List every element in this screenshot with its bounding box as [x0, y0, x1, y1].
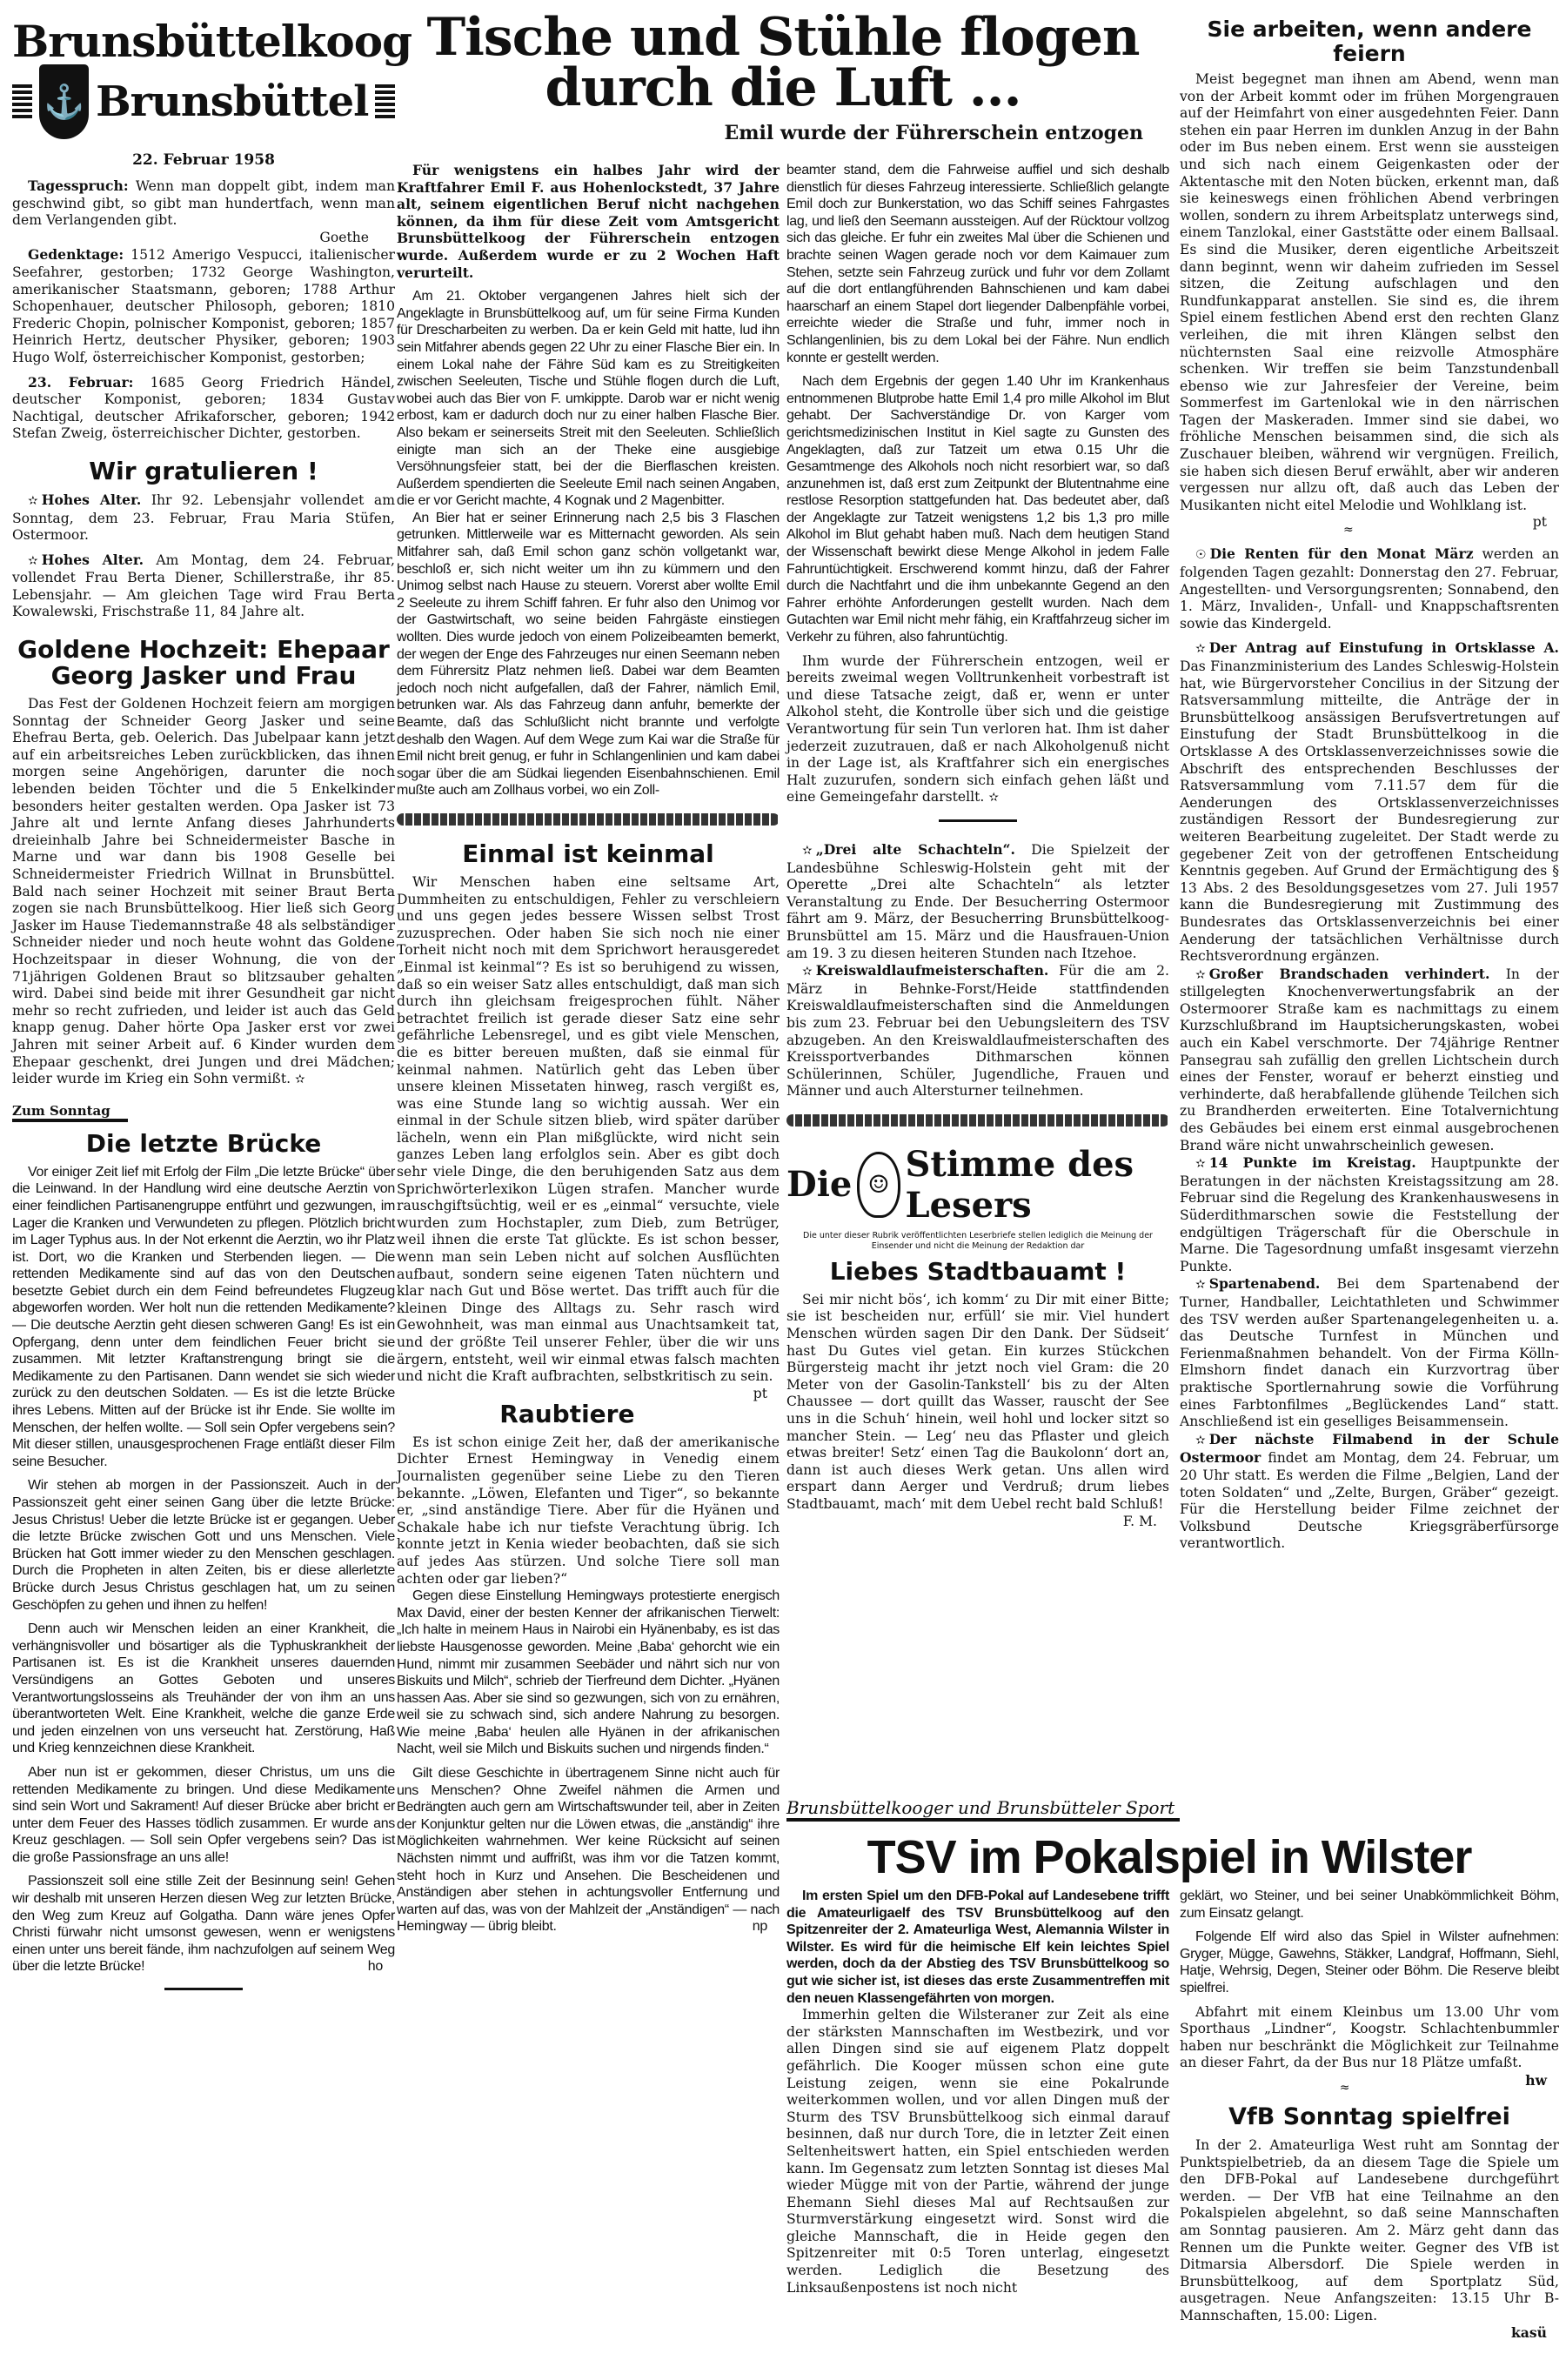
main-story-header: Tische und Stühle flogen durch die Luft …	[397, 12, 1169, 155]
notice-kreiswaldlauf: ✫Kreiswaldlaufmeisterschaften. Für die a…	[786, 962, 1169, 1100]
ornament-icon: ≈	[1180, 2081, 1559, 2095]
star-icon: ✫	[28, 554, 38, 568]
masthead: Brunsbüttelkoog ⚓ Brunsbüttel	[12, 19, 395, 139]
readers-title-left: Die	[786, 1164, 852, 1205]
sport-column-right: geklärt, wo Steiner, und bei seiner Unab…	[1180, 1888, 1559, 2342]
einmal-text: Wir Menschen haben eine seltsame Art, Du…	[397, 874, 780, 1386]
column-local-news: Sie arbeiten, wenn andere feiern Meist b…	[1180, 17, 1559, 1553]
sport-p1: Immerhin gelten die Wilsteraner zur Zeit…	[786, 2007, 1169, 2296]
sport-column-left: Im ersten Spiel um den DFB-Pokal auf Lan…	[786, 1888, 1169, 2296]
musicians-headline: Sie arbeiten, wenn andere feiern	[1180, 17, 1559, 66]
notice-brandschaden: ✫Großer Brandschaden verhindert. In der …	[1180, 966, 1559, 1155]
main-story-p2: An Bier hat er seiner Erinnerung nach 2,…	[397, 510, 780, 799]
column-local-calendar: Brunsbüttelkoog ⚓ Brunsbüttel 22. Februa…	[12, 0, 395, 2002]
sport-headline: TSV im Pokalspiel in Wilster	[786, 1830, 1552, 1884]
readers-disclaimer: Die unter dieser Rubrik veröffentlichten…	[786, 1231, 1169, 1252]
gedenktage: Gedenktage: 1512 Amerigo Vespucci, itali…	[12, 246, 395, 366]
anchor-crest-icon: ⚓	[39, 64, 89, 139]
sport-p4: Abfahrt mit einem Kleinbus um 13.00 Uhr …	[1180, 2004, 1559, 2072]
sport-p3: Folgende Elf wird also das Spiel in Wils…	[1180, 1929, 1559, 1996]
divider	[939, 819, 1017, 822]
letzte-bruecke-p5: Passionszeit soll eine stille Zeit der B…	[12, 1873, 395, 1976]
birthday-item-2: ✫Hohes Alter. Am Montag, dem 24. Februar…	[12, 552, 395, 621]
divider	[164, 1988, 243, 1990]
wave-ornament-divider	[786, 1114, 1169, 1126]
coin-icon: ☉	[1195, 548, 1207, 562]
sport-p2: geklärt, wo Steiner, und bei seiner Unab…	[1180, 1888, 1559, 1922]
letzte-bruecke-p2: Wir stehen ab morgen in der Passionszeit…	[12, 1477, 395, 1614]
raubtiere-p1: Es ist schon einige Zeit her, daß der am…	[397, 1434, 780, 1588]
raubtiere-p2: Gegen diese Einstellung Hemingways prote…	[397, 1588, 780, 1758]
golden-wedding-text: Das Fest der Goldenen Hochzeit feiern am…	[12, 696, 395, 1089]
notice-drei-alte-schachteln: ✫„Drei alte Schachteln“. Die Spielzeit d…	[786, 841, 1169, 962]
notice-kreistag: ✫14 Punkte im Kreistag. Hauptpunkte der …	[1180, 1154, 1559, 1275]
birthday-item-1: ✫Hohes Alter. Ihr 92. Lebensjahr vollend…	[12, 491, 395, 545]
masthead-line2: ⚓ Brunsbüttel	[12, 64, 395, 139]
letter-headline: Liebes Stadtbauamt !	[786, 1259, 1169, 1285]
ribbon-left-icon	[12, 84, 32, 119]
notice-ortsklasse: ✫Der Antrag auf Einstufung in Ortsklasse…	[1180, 639, 1559, 965]
tagesspruch-author: Goethe	[12, 230, 369, 247]
main-story-p3: beamter stand, dem die Fahrweise auffiel…	[786, 162, 1169, 366]
letzte-bruecke-p1: Vor einiger Zeit lief mit Erfolg der Fil…	[12, 1164, 395, 1471]
author-initials: ho	[352, 1958, 383, 1976]
masthead-title-brunsbuettel: Brunsbüttel	[96, 78, 368, 125]
letzte-bruecke-p4: Aber nun ist er gekommen, dieser Christu…	[12, 1764, 395, 1867]
main-subheadline: Emil wurde der Führerschein entzogen	[397, 122, 1169, 144]
letter-text: Sei mir nicht bös‘, ich komm‘ zu Dir mit…	[786, 1292, 1169, 1514]
main-story-p4: Nach dem Ergebnis der gegen 1.40 Uhr im …	[786, 373, 1169, 646]
star-icon: ✫	[28, 494, 38, 508]
vfb-text: In der 2. Amateurliga West ruht am Sonnt…	[1180, 2137, 1559, 2325]
star-icon: ✫	[1195, 1278, 1206, 1292]
ornament-icon: ≈	[1180, 523, 1559, 537]
star-icon: ✫	[988, 791, 999, 805]
gratulieren-headline: Wir gratulieren !	[12, 458, 395, 485]
author-initials: kasü	[1180, 2324, 1547, 2342]
sport-section-kicker: Brunsbüttelkooger und Brunsbütteler Spor…	[786, 1797, 1180, 1822]
shouting-man-icon: ☺	[857, 1152, 900, 1218]
sport-kicker-wrap: Brunsbüttelkooger und Brunsbütteler Spor…	[786, 1775, 1180, 1830]
tagesspruch: Tagesspruch: Wenn man doppelt gibt, inde…	[12, 177, 395, 230]
notice-spartenabend: ✫Spartenabend. Bei dem Spartenabend der …	[1180, 1275, 1559, 1430]
main-headline: Tische und Stühle flogen durch die Luft …	[397, 12, 1169, 113]
issue-date: 22. Februar 1958	[12, 151, 395, 169]
star-icon: ✫	[802, 844, 813, 858]
ribbon-right-icon	[375, 84, 395, 119]
notice-renten: ☉Die Renten für den Monat März werden an…	[1180, 545, 1559, 632]
readers-voice-banner: Die ☺ Stimme des Lesers	[786, 1144, 1169, 1226]
wave-ornament-divider	[397, 813, 780, 826]
star-icon: ✫	[1195, 1157, 1206, 1171]
star-icon: ✫	[1195, 642, 1206, 656]
musicians-text: Meist begegnet man ihnen am Abend, wenn …	[1180, 71, 1559, 514]
einmal-headline: Einmal ist keinmal	[397, 841, 780, 867]
letzte-bruecke-headline: Die letzte Brücke	[12, 1131, 395, 1157]
star-icon: ✫	[1195, 968, 1206, 982]
golden-wedding-headline: Goldene Hochzeit: Ehepaar Georg Jasker u…	[12, 637, 395, 689]
notice-filmabend: ✫Der nächste Filmabend in der Schule Ost…	[1180, 1431, 1559, 1553]
author-initials: hw	[1509, 2072, 1547, 2089]
main-story-lead: Für wenigstens ein halbes Jahr wird der …	[397, 162, 780, 281]
vfb-headline: VfB Sonntag spielfrei	[1180, 2103, 1559, 2130]
column-main-story-right: beamter stand, dem die Fahrweise auffiel…	[786, 162, 1169, 1530]
masthead-title-brunsbuettelkoog: Brunsbüttelkoog	[12, 19, 395, 64]
star-icon: ✫	[802, 965, 813, 979]
author-initials: F. M.	[1108, 1514, 1157, 1531]
gedenktage-feb23: 23. Februar: 1685 Georg Friedrich Händel…	[12, 374, 395, 443]
main-story-p5: Ihm wurde der Führerschein entzogen, wei…	[786, 653, 1169, 807]
readers-title-right: Stimme des Lesers	[906, 1144, 1169, 1226]
sport-lead: Im ersten Spiel um den DFB-Pokal auf Lan…	[786, 1888, 1169, 2007]
author-initials: np	[737, 1918, 767, 1935]
author-initials: pt	[738, 1386, 767, 1403]
raubtiere-p3: Gilt diese Geschichte in übertragenem Si…	[397, 1765, 780, 1935]
column-main-story-left: Für wenigstens ein halbes Jahr wird der …	[397, 162, 780, 1935]
raubtiere-headline: Raubtiere	[397, 1401, 780, 1427]
section-kicker-zum-sonntag: Zum Sonntag	[12, 1103, 128, 1122]
star-icon: ✫	[295, 1073, 305, 1086]
star-icon: ✫	[1195, 1434, 1206, 1447]
letzte-bruecke-p3: Denn auch wir Menschen leiden an einer K…	[12, 1621, 395, 1757]
main-story-p1: Am 21. Oktober vergangenen Jahres hielt …	[397, 288, 780, 510]
author-initials: pt	[1517, 514, 1547, 531]
